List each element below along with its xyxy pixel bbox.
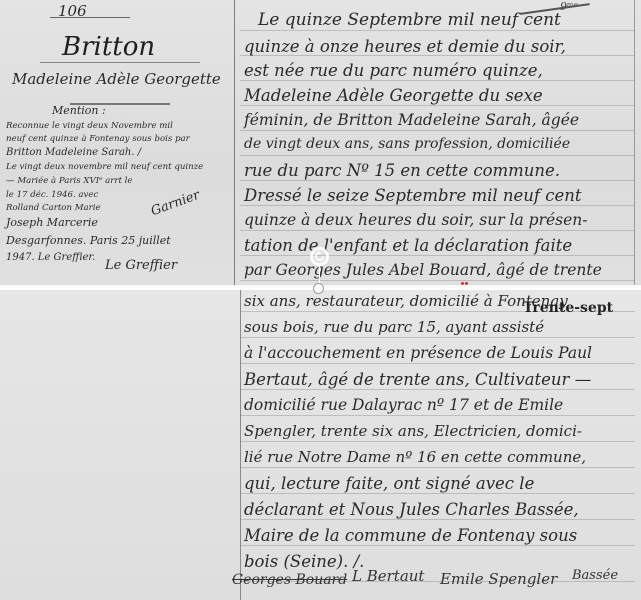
act-line: est née rue du parc numéro quinze, (244, 61, 543, 80)
margin-divider (234, 0, 235, 285)
ruled-line (240, 519, 635, 520)
act-line: déclarant et Nous Jules Charles Bassée, (244, 500, 579, 519)
margin-surname: Britton (62, 32, 155, 62)
witness-signature: L Bertaut (352, 567, 424, 585)
act-line: rue du parc Nº 15 en cette commune. (244, 161, 560, 180)
divider (40, 62, 200, 63)
mention-line: Rolland Carton Marie (6, 203, 101, 213)
rotate-icon (314, 251, 325, 262)
act-line: Maire de la commune de Fontenay sous (244, 526, 577, 545)
act-line: bois (Seine). /. (244, 552, 364, 571)
mention-line: Britton Madeleine Sarah. / (6, 147, 141, 158)
ruled-line (240, 105, 635, 106)
act-line: Le quinze Septembre mil neuf cent (258, 10, 561, 30)
mention-line: — Mariée à Paris XVIᵉ arrt le (6, 176, 133, 186)
mention-line: Joseph Marcerie (6, 216, 98, 229)
act-line: qui, lecture faite, ont signé avec le (244, 474, 534, 493)
act-line: six ans, restaurateur, domicilié à Fonte… (244, 292, 568, 310)
ruled-line (240, 230, 635, 231)
margin-column: 106 Britton Madeleine Adèle Georgette Me… (0, 0, 234, 285)
margin-divider (240, 289, 241, 600)
ruled-line (240, 80, 635, 81)
mention-line: le 17 déc. 1946. avec (6, 190, 98, 200)
margin-given-names: Madeleine Adèle Georgette (12, 70, 221, 88)
margin-signature: Le Greffier (105, 258, 177, 273)
act-line: sous bois, rue du parc 15, ayant assisté (244, 318, 544, 336)
ruled-line (240, 493, 635, 494)
page-stamp: Trente-sept (523, 300, 613, 316)
act-line: domicilié rue Dalayrac nº 17 et de Emile (244, 396, 563, 414)
mention-title: Mention : (52, 104, 106, 117)
page-edge (634, 0, 635, 285)
act-line: Madeleine Adèle Georgette du sexe (244, 86, 543, 105)
act-line: à l'accouchement en présence de Louis Pa… (244, 344, 592, 362)
mention-line: neuf cent quinze à Fontenay sous bois pa… (6, 134, 190, 144)
ruled-line (240, 363, 635, 364)
act-line: par Georges Jules Abel Bouard, âgé de tr… (244, 261, 602, 279)
act-line: féminin, de Britton Madeleine Sarah, âgé… (244, 111, 579, 129)
ruled-line (240, 280, 635, 281)
act-line: tation de l'enfant et la déclaration fai… (244, 236, 572, 255)
mention-line: Reconnue le vingt deux Novembre mil (6, 121, 173, 131)
ruled-line (240, 205, 635, 206)
ruled-line (240, 337, 635, 338)
ruled-line (240, 130, 635, 131)
act-line: lié rue Notre Dame nº 16 en cette commun… (244, 448, 586, 466)
ruled-line (240, 255, 635, 256)
mention-line: Le vingt deux novembre mil neuf cent qui… (6, 162, 203, 172)
witness-signature: Emile Spengler (440, 570, 557, 588)
mention-line: 1947. Le Greffier. (6, 252, 95, 263)
act-line: Dressé le seize Septembre mil neuf cent (244, 186, 582, 205)
act-line: quinze à onze heures et demie du soir, (244, 37, 566, 56)
register-page-top: 106 Britton Madeleine Adèle Georgette Me… (0, 0, 641, 287)
act-line: quinze à deux heures du soir, sur la pré… (244, 211, 588, 229)
divider (50, 17, 130, 18)
act-line: Bertaut, âgé de trente ans, Cultivateur … (244, 370, 591, 389)
margin-signature: Garnier (149, 188, 202, 219)
ruled-line (240, 415, 635, 416)
struck-signature: Georges Bouard (232, 572, 347, 588)
ruled-line (240, 30, 635, 31)
mention-line: Desgarfonnes. Paris 25 juillet (6, 234, 171, 247)
ruled-line (240, 545, 635, 546)
mayor-signature: Bassée (572, 568, 618, 583)
ruled-line (240, 441, 635, 442)
ruled-line (240, 180, 635, 181)
rotate-handle[interactable] (310, 247, 329, 266)
act-line: de vingt deux ans, sans profession, domi… (244, 136, 570, 152)
resize-handle[interactable] (313, 283, 324, 294)
ruled-line (240, 155, 635, 156)
ruled-line (240, 389, 635, 390)
act-line: Spengler, trente six ans, Electricien, d… (244, 422, 582, 440)
register-page-bottom: six ans, restaurateur, domicilié à Fonte… (0, 289, 641, 600)
ruled-line (240, 467, 635, 468)
